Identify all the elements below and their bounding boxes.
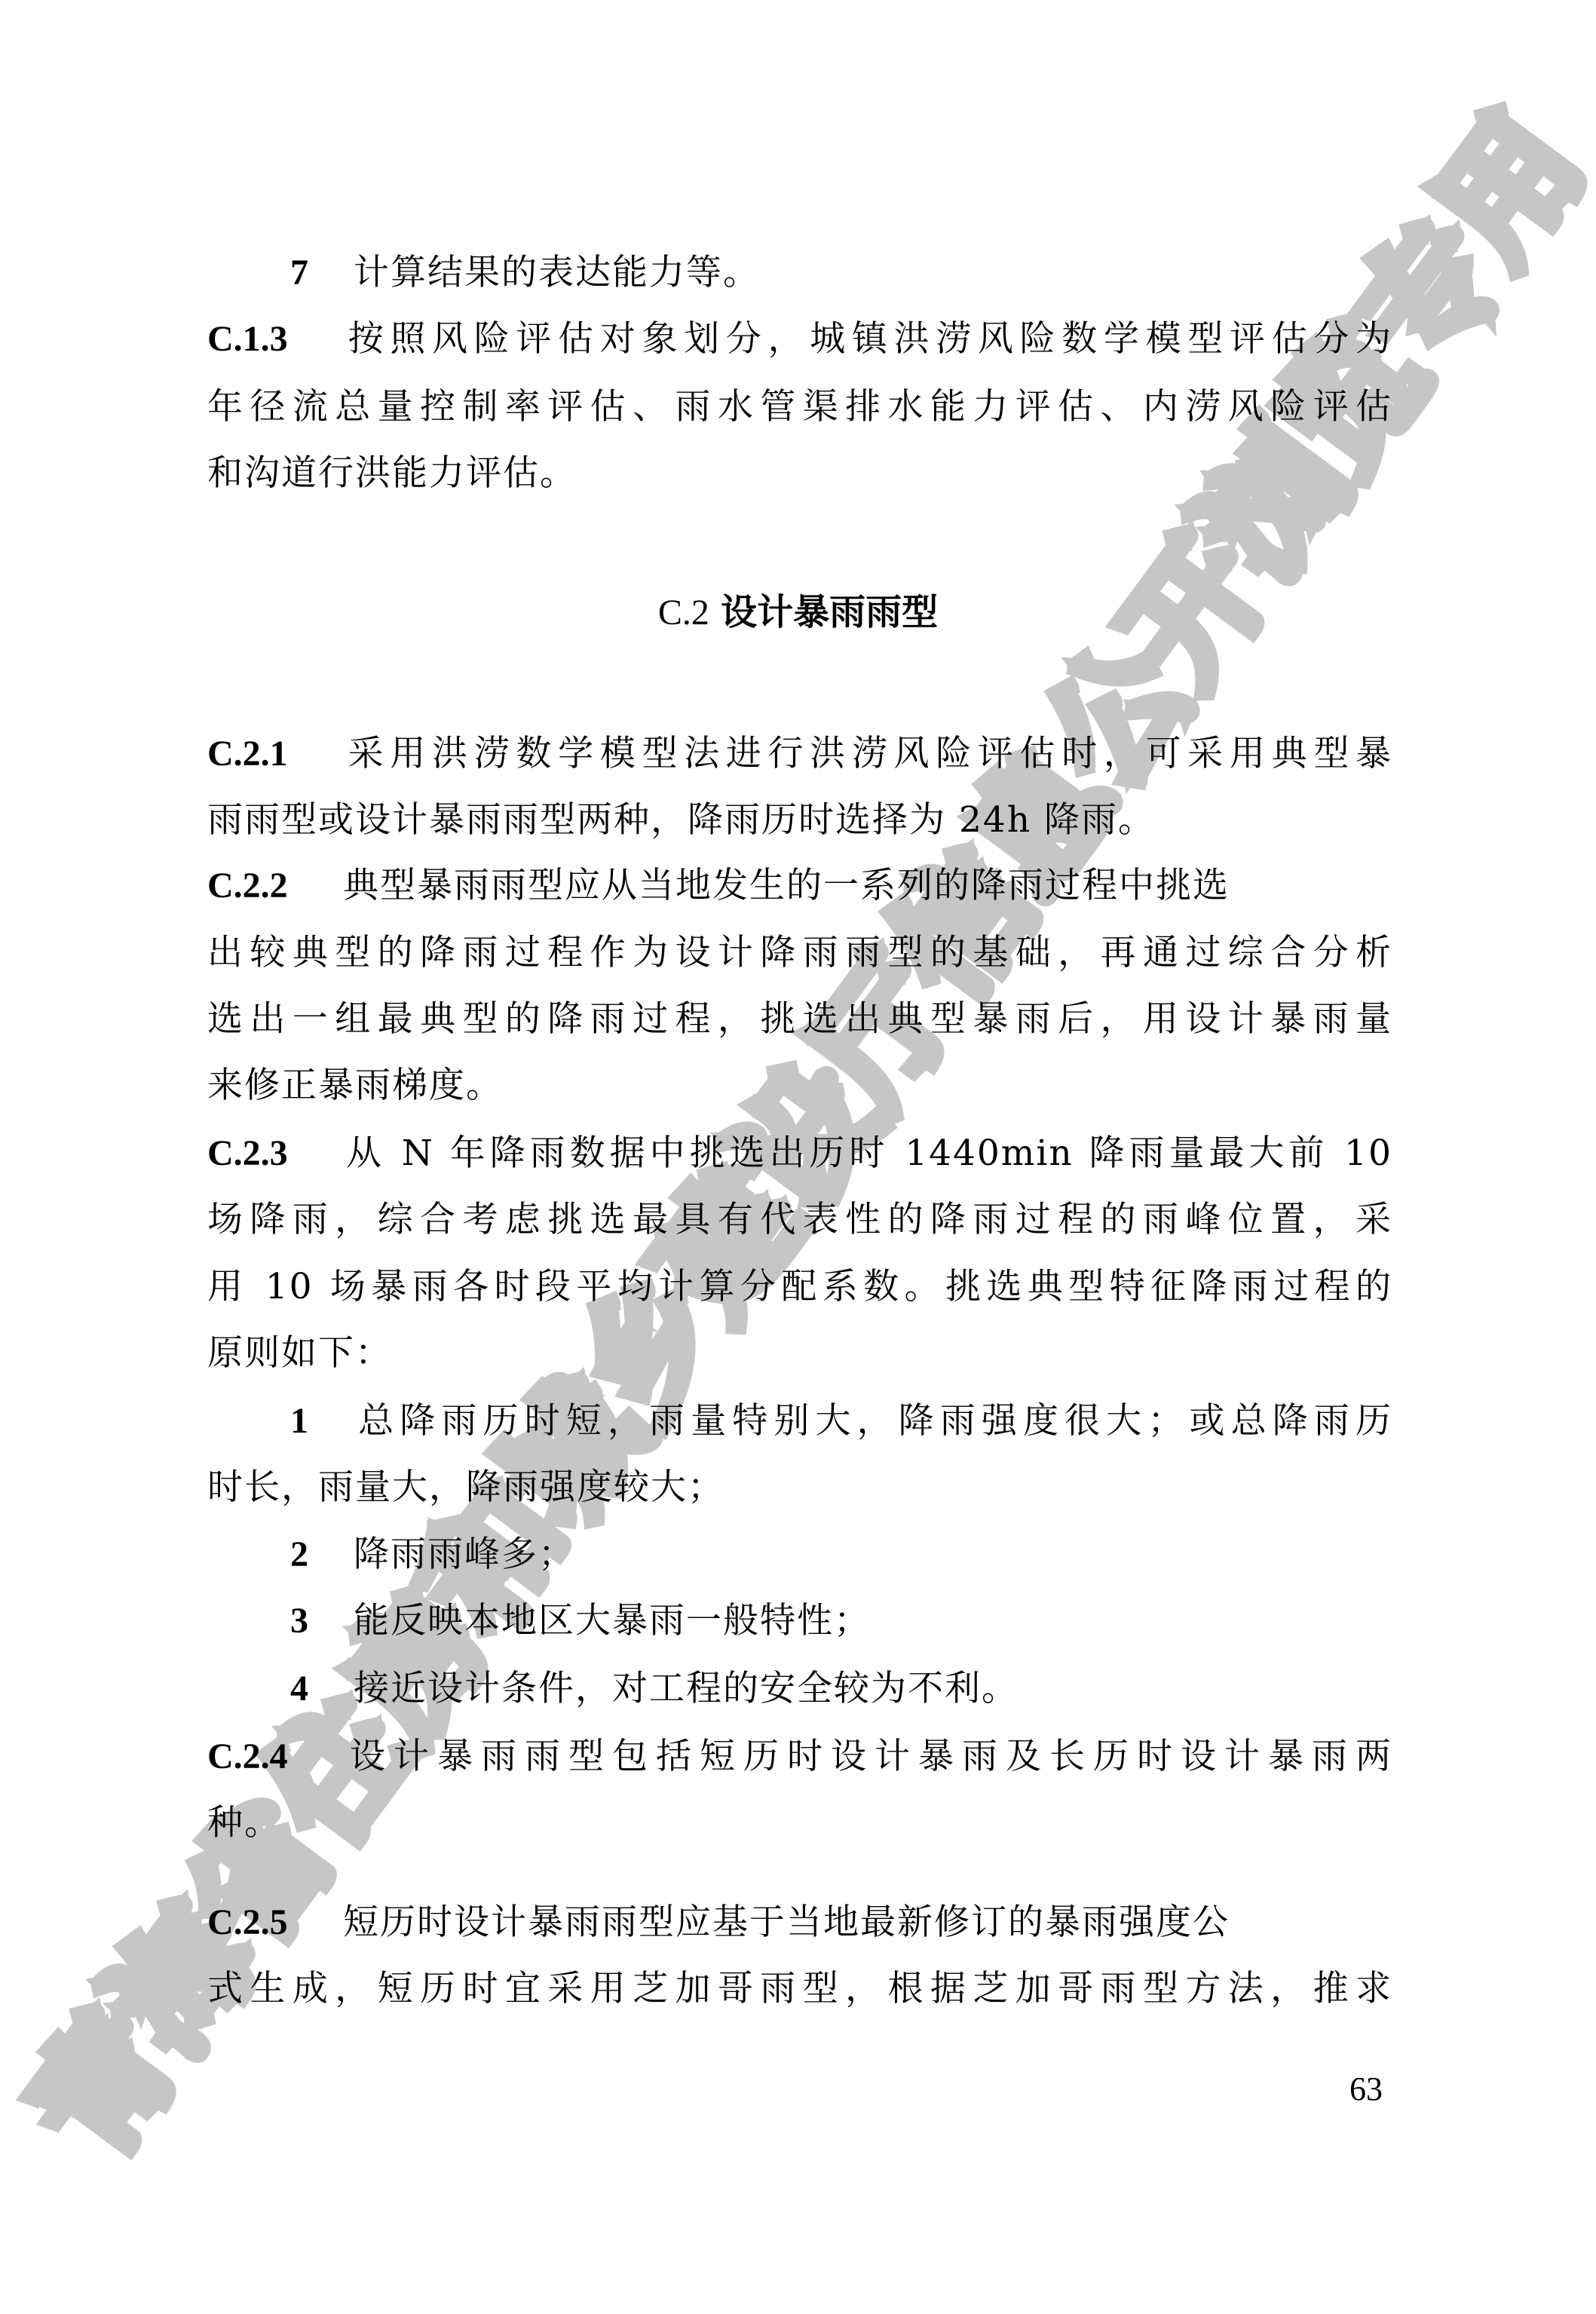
item-number: 3: [290, 1598, 354, 1644]
clause-text: 短历时设计暴雨雨型应基于当地最新修订的暴雨强度公: [343, 1902, 1230, 1943]
section-number: C.2: [658, 593, 709, 633]
clause-number: C.2.3: [207, 1131, 343, 1176]
clause-c22-line1: C.2.2典型暴雨雨型应从当地发生的一系列的降雨过程中挑选: [207, 863, 1392, 909]
clause-number: C.2.4: [207, 1734, 343, 1779]
item-text: 接近设计条件，对工程的安全较为不利。: [354, 1668, 1019, 1709]
clause-c13-line1: C.1.3按照风险评估对象划分，城镇洪涝风险数学模型评估分为: [207, 317, 1392, 362]
clause-text: 典型暴雨雨型应从当地发生的一系列的降雨过程中挑选: [343, 865, 1230, 906]
clause-number: C.2.2: [207, 863, 343, 909]
clause-c25-line1: C.2.5短历时设计暴雨雨型应基于当地最新修订的暴雨强度公: [207, 1900, 1392, 1945]
principle-1-line2: 时长，雨量大，降雨强度较大；: [207, 1465, 1392, 1510]
page-number: 63: [1349, 2070, 1383, 2108]
item-number: 7: [290, 250, 354, 296]
clause-c23-line3: 用 10 场暴雨各时段平均计算分配系数。挑选典型特征降雨过程的: [207, 1264, 1392, 1310]
section-title: 设计暴雨雨型: [721, 591, 938, 633]
clause-c21-line2: 雨雨型或设计暴雨雨型两种，降雨历时选择为 24h 降雨。: [207, 798, 1392, 843]
item-text: 计算结果的表达能力等。: [354, 252, 760, 293]
clause-text: 按照风险评估对象划分，城镇洪涝风险数学模型评估分为: [343, 318, 1392, 360]
principle-1-line1: 1总降雨历时短，雨量特别大，降雨强度很大；或总降雨历: [207, 1399, 1392, 1444]
principle-2: 2降雨雨峰多；: [207, 1532, 1392, 1577]
clause-c22-line4: 来修正暴雨梯度。: [207, 1063, 1392, 1108]
clause-c13-line2: 年径流总量控制率评估、雨水管渠排水能力评估、内涝风险评估: [207, 385, 1392, 430]
clause-number: C.1.3: [207, 317, 343, 362]
clause-c23-line1: C.2.3从 N 年降雨数据中挑选出历时 1440min 降雨量最大前 10: [207, 1131, 1392, 1176]
clause-c25-line2: 式生成，短历时宜采用芝加哥雨型，根据芝加哥雨型方法，推求: [207, 1966, 1392, 2012]
clause-text: 从 N 年降雨数据中挑选出历时 1440min 降雨量最大前 10: [343, 1132, 1392, 1174]
clause-c22-line3: 选出一组最典型的降雨过程，挑选出典型暴雨后，用设计暴雨量: [207, 997, 1392, 1042]
item-number: 1: [290, 1399, 354, 1444]
principle-3: 3能反映本地区大暴雨一般特性；: [207, 1598, 1392, 1644]
clause-number: C.2.5: [207, 1900, 343, 1945]
clause-text: 设计暴雨雨型包括短历时设计暴雨及长历时设计暴雨两: [343, 1736, 1392, 1777]
list-item-7: 7计算结果的表达能力等。: [207, 250, 1392, 296]
clause-c23-line4: 原则如下：: [207, 1331, 1392, 1376]
clause-c22-line2: 出较典型的降雨过程作为设计降雨雨型的基础，再通过综合分析: [207, 930, 1392, 976]
clause-c13-line3: 和沟道行洪能力评估。: [207, 451, 1392, 496]
document-page: 青海省住房和城乡建设厅信息公开浏览专用 7计算结果的表达能力等。 C.1.3按照…: [0, 0, 1596, 2314]
clause-c23-line2: 场降雨，综合考虑挑选最具有代表性的降雨过程的雨峰位置，采: [207, 1197, 1392, 1243]
clause-c24-line2: 种。: [207, 1801, 1392, 1846]
item-text: 能反映本地区大暴雨一般特性；: [354, 1600, 871, 1641]
clause-text: 采用洪涝数学模型法进行洪涝风险评估时，可采用典型暴: [343, 733, 1392, 774]
clause-number: C.2.1: [207, 731, 343, 777]
section-heading: C.2 设计暴雨雨型: [0, 590, 1596, 636]
item-text: 总降雨历时短，雨量特别大，降雨强度很大；或总降雨历: [354, 1400, 1392, 1442]
item-number: 4: [290, 1666, 354, 1712]
clause-c21-line1: C.2.1采用洪涝数学模型法进行洪涝风险评估时，可采用典型暴: [207, 731, 1392, 777]
principle-4: 4接近设计条件，对工程的安全较为不利。: [207, 1666, 1392, 1712]
page-content: 7计算结果的表达能力等。 C.1.3按照风险评估对象划分，城镇洪涝风险数学模型评…: [0, 0, 1596, 2314]
item-number: 2: [290, 1532, 354, 1577]
item-text: 降雨雨峰多；: [354, 1534, 575, 1575]
clause-c24-line1: C.2.4设计暴雨雨型包括短历时设计暴雨及长历时设计暴雨两: [207, 1734, 1392, 1779]
